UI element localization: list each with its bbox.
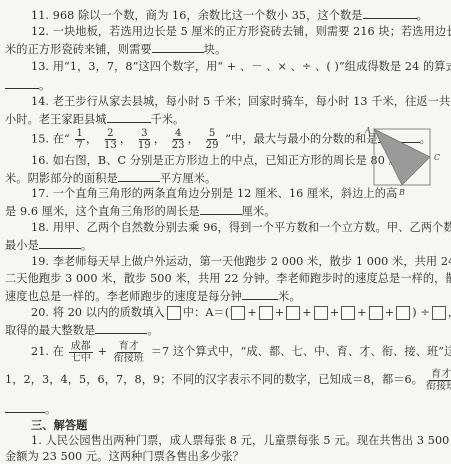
fraction: 17 [75,128,85,151]
answer-question-1-line1: 1. 人民公园售出两种门票，成人票每张 8 元，儿童票每张 5 元。现在共售出 … [31,434,451,448]
q17-text: 是 9.6 厘米，这个直角三角形的周长是 [5,205,200,218]
answer-blank[interactable] [242,289,278,300]
question-21: 21. 在 成都七中 + 育才衔接班 ＝7 这个算式中，“成、都、七、中、育、才… [31,340,451,364]
shaded-triangle [374,129,430,185]
fraction: 成都七中 [69,341,93,364]
answer-blank[interactable] [107,112,151,123]
question-17-line2: 是 9.6 厘米，这个直角三角形的周长是厘米。 [5,204,276,219]
answer-question-1-line2: 金额为 23 500 元。这两种门票各售出多少张？ [5,450,244,464]
answer-box[interactable] [432,306,446,320]
question-18-line2: 最小是。 [5,238,92,253]
question-13: 13. 用“1，3，7，8”这四个数字，用“ + 、－ 、× 、÷ 、( )”组… [31,59,451,74]
q16-end: 平方厘米。 [160,172,216,185]
answer-box[interactable] [286,306,300,320]
question-11: 11. 968 除以一个数，商为 16，余数比这一个数小 35，这个数是。 [31,8,428,23]
question-13-line2: 。 [5,78,50,93]
answer-blank[interactable] [118,171,160,182]
fraction: 423 [170,128,187,151]
label-b: B [398,188,405,197]
q15-text: ”中，最大与最小的分数的和是 [225,133,378,146]
q17-end: 厘米。 [242,205,276,218]
fraction: 育才衔接班 [112,341,146,364]
question-20: 20. 将 20 以内的质数填入中：A＝(++++++) ÷，A 能 [31,306,451,320]
q14-text: 小时。老王家距县城 [5,113,107,126]
label-c: C [434,153,440,162]
answer-box[interactable] [341,306,355,320]
question-21-line2: 1，2，3，4，5，6，7，8，9；不同的汉字表示不同的数字，已知成＝8，都＝6… [5,368,451,392]
q11-text: 11. 968 除以一个数，商为 16，余数比这一个数小 35，这个数是 [31,9,363,22]
q21-text2: 1，2，3，4，5，6，7，8，9；不同的汉字表示不同的数字，已知成＝8，都＝6… [5,373,423,386]
question-12-line1: 12. 一块地板，若选用边长是 5 厘米的正方形瓷砖去铺，则需要 216 块；若… [31,25,451,39]
question-17-line1: 17. 一个直角三角形的两条直角边分别是 12 厘米、16 厘米，斜边上的高 [31,187,397,201]
q14-end: 千米。 [151,113,185,126]
q15-prefix: 15. 在“ [31,133,70,146]
section-title: 三、解答题 [31,418,87,432]
q13-end: 。 [39,79,50,92]
question-21-line3: 。 [5,402,56,417]
answer-blank[interactable] [152,42,204,53]
answer-box[interactable] [259,306,273,320]
answer-blank[interactable] [39,238,81,249]
q19-text: 速度也总是一样的。李老师跑步的速度是每分钟 [5,290,242,303]
answer-box[interactable] [231,306,245,320]
question-19-line2: 二天他跑步 3 000 米，散步 500 米，共用 22 分钟。李老师跑步时的速… [5,272,451,286]
q12-end: 块。 [204,43,227,56]
q21-text: 21. 在 [31,345,64,358]
fraction: 育才衔接班 [424,369,451,392]
answer-box[interactable] [167,306,181,320]
fraction: 213 [102,128,119,151]
answer-blank[interactable] [95,323,147,334]
q20-text: 20. 将 20 以内的质数填入 [31,306,165,319]
question-14-line2: 小时。老王家距县城千米。 [5,112,184,127]
label-a: A [364,126,371,135]
q13-text: 13. 用“1，3，7，8”这四个数字，用“ + 、－ 、× 、÷ 、( )”组… [31,60,451,73]
answer-blank[interactable] [200,204,242,215]
question-16-line1: 16. 如右图，B、C 分别是正方形边上的中点，已知正方形的周长是 80 厘 [31,154,400,168]
q12-text: 米的正方形瓷砖来铺，则需要 [5,43,152,56]
q19-end: 米。 [278,290,301,303]
q16-text: 米。阴影部分的面积是 [5,172,118,185]
answer-box[interactable] [314,306,328,320]
q18-text: 最小是 [5,239,39,252]
question-20-line2: 取得的最大整数是。 [5,323,159,338]
question-18-line1: 18. 用甲、乙两个自然数分别去乘 96，得到一个平方数和一个立方数。甲、乙两个… [31,221,451,235]
q11-end: 。 [417,9,428,22]
answer-box[interactable] [369,306,383,320]
answer-blank[interactable] [363,8,417,19]
question-16-line2: 米。阴影部分的面积是平方厘米。 [5,171,216,186]
question-19-line1: 19. 李老师每天早上做户外运动，第一天他跑步 2 000 米，散步 1 000… [31,255,451,269]
answer-blank[interactable] [5,402,45,413]
question-14-line1: 14. 老王步行从家去县城，每小时 5 千米；回家时骑车，每小时 13 千米，往… [31,95,451,109]
question-12-line2: 米的正方形瓷砖来铺，则需要块。 [5,42,226,57]
fraction: 529 [204,128,221,151]
fraction: 319 [136,128,153,151]
answer-blank[interactable] [5,78,39,89]
q20-text2: 取得的最大整数是 [5,324,95,337]
question-19-line3: 速度也总是一样的。李老师跑步的速度是每分钟米。 [5,289,301,304]
answer-box[interactable] [396,306,410,320]
